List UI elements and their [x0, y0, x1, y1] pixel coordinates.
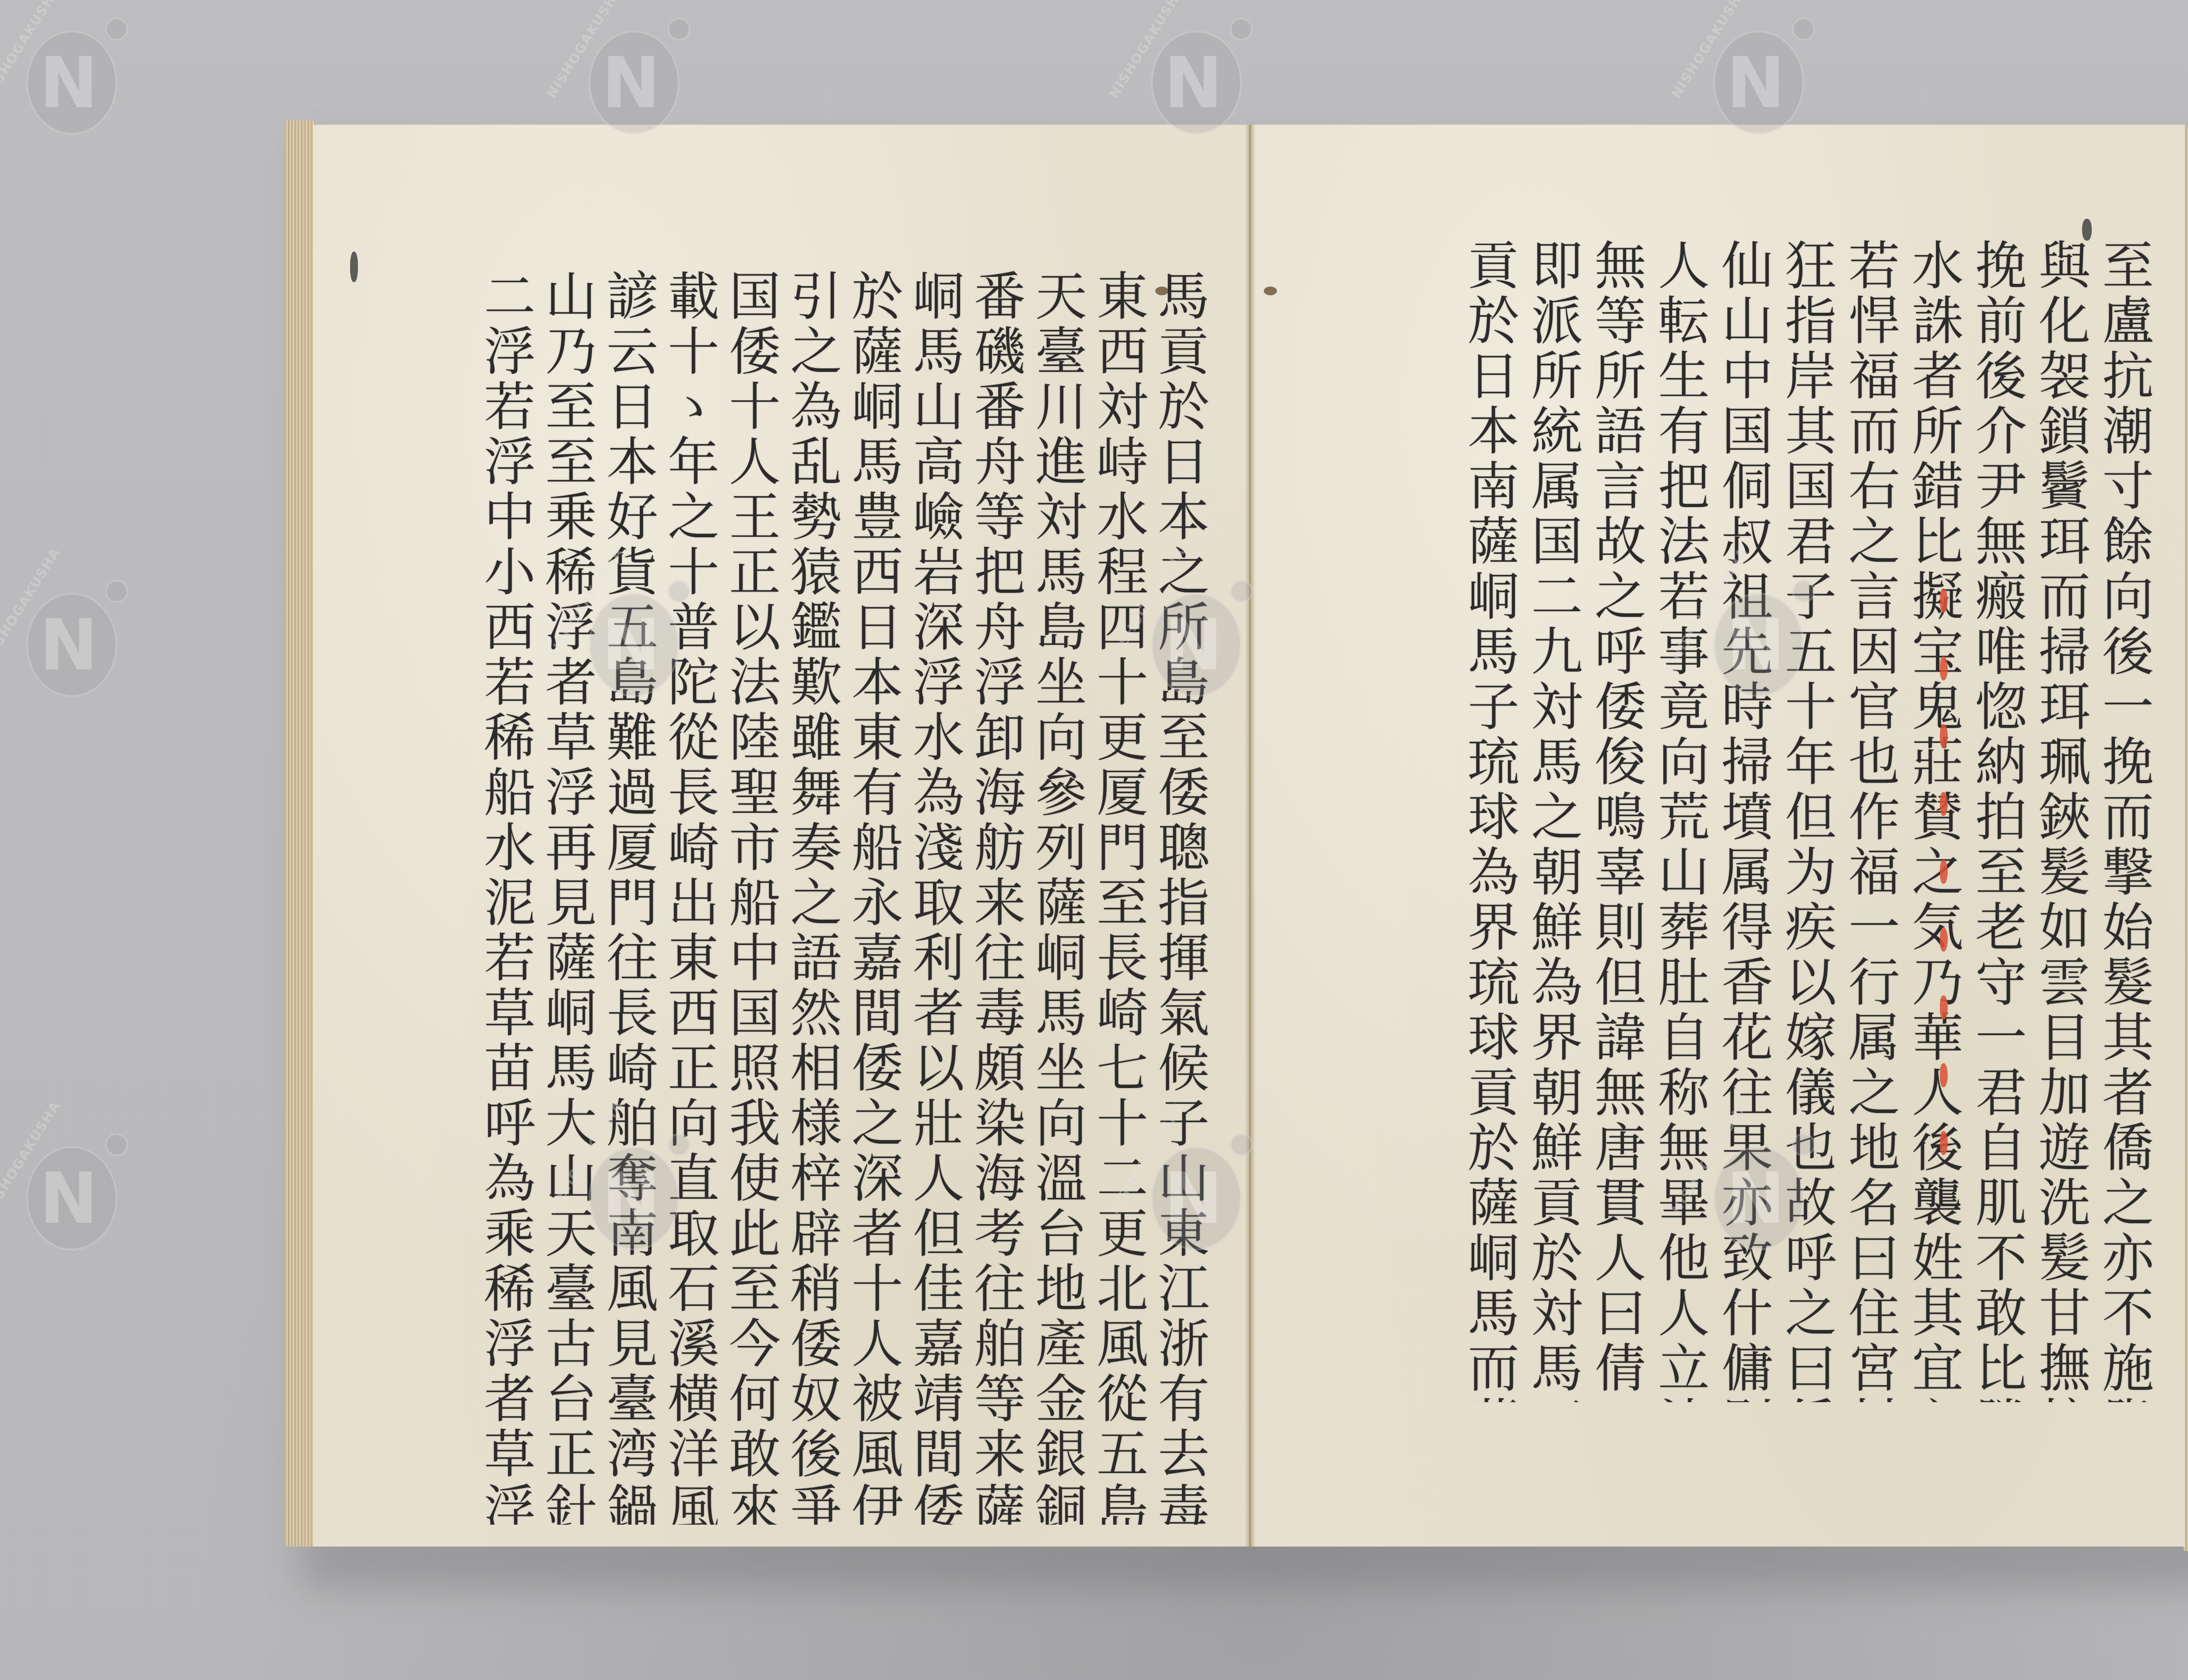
- left-page-column: 天臺川進対馬島坐向參列薩峒馬坐向溫台地產金銀銅漆: [1026, 269, 1087, 1525]
- right-page-column: 即派所統属国二九対馬之朝鮮為界朝鮮貢於対馬而対馬: [1520, 238, 1583, 1402]
- left-page-column: 国倭十人王正以法陸聖市船中国照我使此至今何敢來若佳: [720, 269, 781, 1525]
- vermilion-tick: [1940, 791, 1948, 817]
- vermilion-tick: [1940, 1062, 1948, 1088]
- right-page-column: 挽前後介尹無瘢唯惚納拍至老守一君自肌不敢比勝中之一: [1964, 238, 2027, 1402]
- right-page: 至盧抗潮寸餘向後一挽而撃始髮其者僑之亦不施脂粉不帶與化袈鎖鬢珥而掃珥珮鋏髪如雲目…: [1251, 125, 2185, 1547]
- right-page-text-columns: 至盧抗潮寸餘向後一挽而撃始髮其者僑之亦不施脂粉不帶與化袈鎖鬢珥而掃珥珮鋏髪如雲目…: [1327, 125, 2154, 1547]
- vermilion-tick: [1940, 1130, 1948, 1156]
- vermilion-tick: [1940, 859, 1948, 885]
- vermilion-tick: [1940, 927, 1948, 952]
- left-page-column: 引之為乱勢猿鑑歎雖舞奏之語然相様梓辟稍倭奴後爭可: [781, 269, 842, 1525]
- left-page-column: 山乃至至乗稀浮者草浮再見薩峒馬大山天臺古台正針稀葉: [536, 269, 597, 1525]
- right-page-column: 若悍福而右之言因官也作福一行属之地名曰住宮村其塚在: [1837, 238, 1900, 1402]
- right-page-column: 狂指岸其国君子五十年但为疾以嫁儀也故呼之曰倭奴陵尊: [1774, 238, 1837, 1402]
- left-page-column: 載十ゝ年之十普陀從長崎出東西正向直取石溪横洋風限巨険: [659, 269, 720, 1525]
- left-page-stack-edge: [284, 120, 315, 1547]
- right-page-column: 至盧抗潮寸餘向後一挽而撃始髮其者僑之亦不施脂粉不帶: [2091, 238, 2154, 1402]
- right-page-column: 水誅者所錯比擬宝鬼莊賛之気乃華人後襲姓其宜之世: [1900, 238, 1964, 1402]
- left-page-column: 峒馬山高嶮岩深浮水為淺取利者以壯人但佳嘉靖間倭寇: [904, 269, 965, 1525]
- vermilion-tick: [1940, 723, 1948, 749]
- left-page-column: 諺云日本好貨五島難過厦門往長崎舶奪南風見臺湾鍋難: [597, 269, 659, 1525]
- worm-hole: [1264, 287, 1277, 295]
- book-gutter: [1245, 125, 1255, 1547]
- right-page-column: 無等所語言故之呼倭俊鳴辜則但諱無唐貫人曰倩工滿朔: [1583, 238, 1647, 1402]
- left-page-column: 東西対峙水程四十更厦門至長崎七十二更北風從五島門進南風從: [1087, 269, 1149, 1525]
- right-page-column: 仙山中国侗叔祖先時掃墳属得香花往果亦致什傭則上祖墳: [1710, 238, 1774, 1402]
- vermilion-tick: [1940, 994, 1948, 1020]
- left-page-column: 馬貢於日本之所島至倭聰指揮氣候子山東江浙有去毒之善施: [1149, 269, 1210, 1525]
- left-page-column: 番磯番舟等把舟浮卸海舫来往毒頗染海考往舶等来薩: [965, 269, 1026, 1525]
- left-page-column: 二浮若浮中小西若稀船水泥若草苗呼為乘稀浮者草浮: [475, 269, 536, 1525]
- right-page-column: 人転生有把法若事竟向荒山葬肚自称無畢他人立法受敬人: [1647, 238, 1710, 1402]
- left-page-column: 於薩峒馬豊西日本東有船永嘉間倭之深者十人被風伊国好人: [842, 269, 904, 1525]
- vermilion-tick: [1940, 655, 1948, 681]
- left-page: 馬貢於日本之所島至倭聰指揮氣候子山東江浙有去毒之善施東西対峙水程四十更厦門至長崎…: [313, 125, 1251, 1547]
- vermilion-punctuation-ticks: [1940, 588, 1950, 1201]
- right-page-column: 與化袈鎖鬢珥而掃珥珮鋏髪如雲目加遊洗髪甘撫梳髻: [2027, 238, 2091, 1402]
- right-page-column: 貢於日本南薩峒馬子琉球為界琉球貢於薩峒馬而薩峒馬: [1456, 238, 1520, 1402]
- left-page-text-columns: 馬貢於日本之所島至倭聰指揮氣候子山東江浙有去毒之善施東西対峙水程四十更厦門至長崎…: [352, 125, 1210, 1547]
- vermilion-tick: [1940, 588, 1948, 613]
